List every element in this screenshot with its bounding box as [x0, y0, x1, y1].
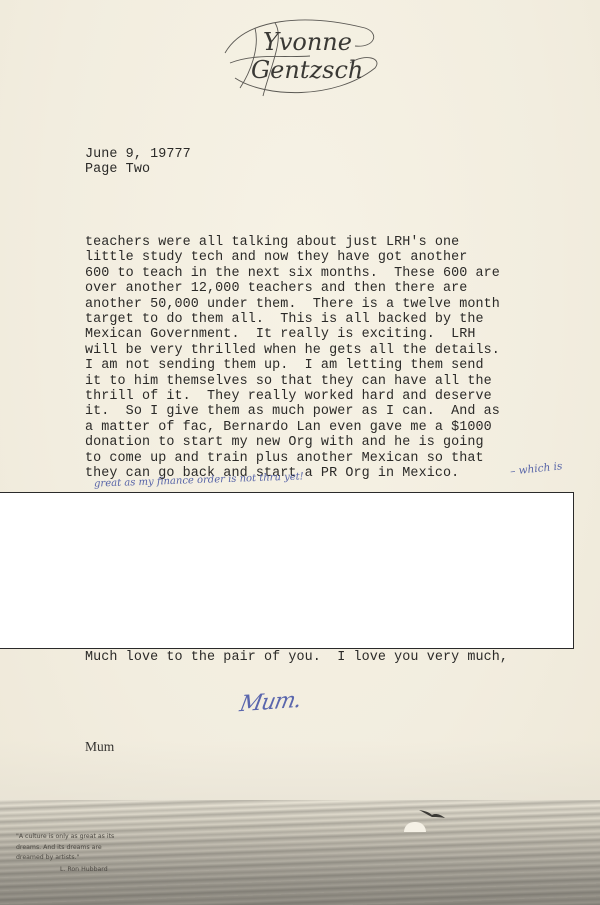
body-line: little study tech and now they have got … [85, 250, 500, 265]
body-line: it. So I give them as much power as I ca… [85, 404, 500, 419]
letter-header: June 9, 19777Page Two [85, 147, 191, 178]
body-line: it to him themselves so that they can ha… [85, 374, 500, 389]
body-line: over another 12,000 teachers and then th… [85, 281, 500, 296]
footer-quote-author: L. Ron Hubbard [60, 866, 108, 873]
body-line: teachers were all talking about just LRH… [85, 235, 500, 250]
letter-body: teachers were all talking about just LRH… [85, 235, 500, 482]
body-line: target to do them all. This is all backe… [85, 312, 500, 327]
page-number: Page Two [85, 162, 191, 177]
footer-quote: "A culture is only as great as its dream… [16, 832, 128, 864]
body-line: a matter of fac, Bernardo Lan even gave … [85, 420, 500, 435]
letterhead-monogram: Yvonne Gentzsch [215, 8, 385, 103]
closing-line: Much love to the pair of you. I love you… [85, 650, 508, 665]
body-line: another 50,000 under them. There is a tw… [85, 297, 500, 312]
body-line: donation to start my new Org with and he… [85, 435, 500, 450]
body-line: I am not sending them up. I am letting t… [85, 358, 500, 373]
body-line: 600 to teach in the next six months. The… [85, 266, 500, 281]
svg-text:Yvonne: Yvonne [263, 28, 352, 56]
bird-icon [418, 808, 446, 820]
svg-text:Gentzsch: Gentzsch [251, 56, 363, 84]
body-line: thrill of it. They really worked hard an… [85, 389, 500, 404]
letter-date: June 9, 19777 [85, 147, 191, 162]
redaction-box [0, 492, 574, 649]
body-line: to come up and train plus another Mexica… [85, 451, 500, 466]
body-line: will be very thrilled when he gets all t… [85, 343, 500, 358]
handwritten-signature: Mum. [238, 688, 303, 718]
script-logo-icon: Yvonne Gentzsch [215, 8, 385, 103]
body-line: Mexican Government. It really is excitin… [85, 327, 500, 342]
